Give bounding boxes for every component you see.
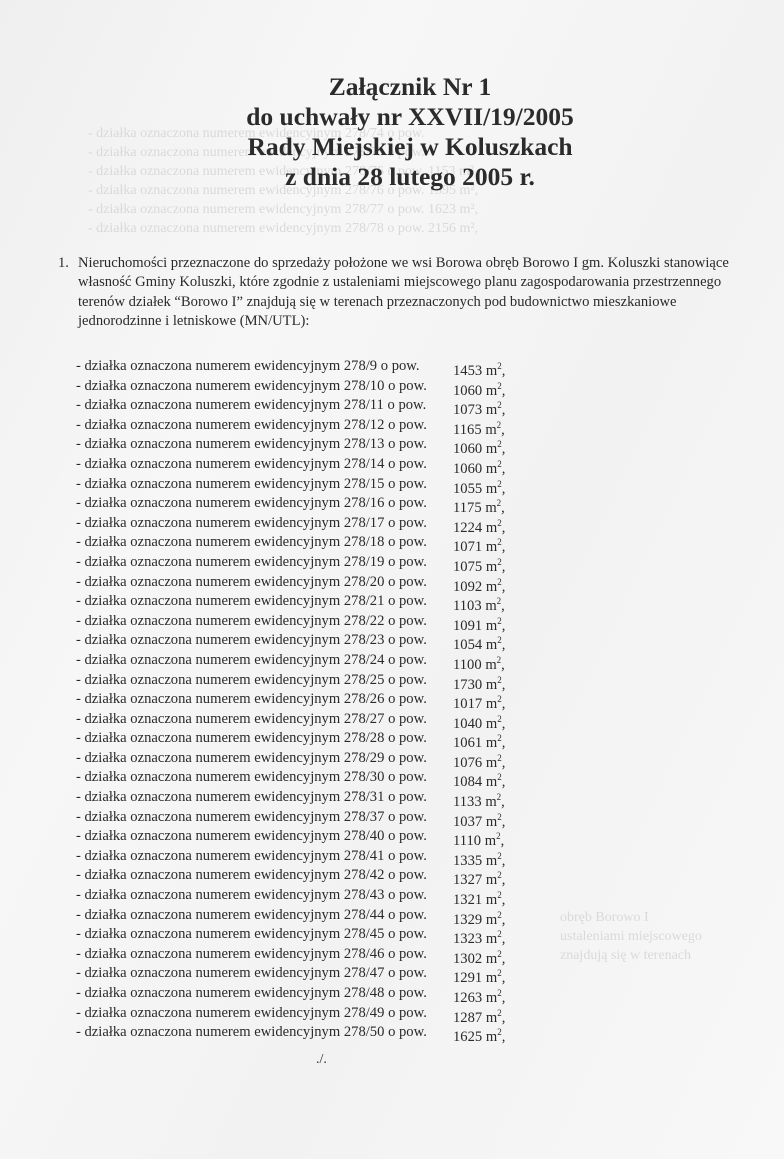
plot-description: - działka oznaczona numerem ewidencyjnym… — [76, 533, 451, 553]
plot-list-item: - działka oznaczona numerem ewidencyjnym… — [76, 671, 596, 691]
plot-list-item: - działka oznaczona numerem ewidencyjnym… — [76, 886, 596, 906]
plot-list-item: - działka oznaczona numerem ewidencyjnym… — [76, 847, 596, 867]
plot-description: - działka oznaczona numerem ewidencyjnym… — [76, 984, 451, 1004]
plot-area-label: o pow. — [388, 965, 427, 981]
plot-list-item: - działka oznaczona numerem ewidencyjnym… — [76, 690, 596, 710]
plot-prefix: - działka oznaczona numerem ewidencyjnym — [76, 867, 340, 883]
plot-list-item: - działka oznaczona numerem ewidencyjnym… — [76, 749, 596, 769]
plot-description: - działka oznaczona numerem ewidencyjnym… — [76, 553, 451, 573]
plot-id: 278/14 — [344, 456, 385, 472]
plot-area-label: o pow. — [388, 769, 427, 785]
plot-list-item: - działka oznaczona numerem ewidencyjnym… — [76, 435, 596, 455]
plot-area-unit-exponent: 2 — [497, 537, 502, 547]
plot-prefix: - działka oznaczona numerem ewidencyjnym — [76, 809, 340, 825]
plot-area-unit-exponent: 2 — [497, 870, 502, 880]
plot-list-item: - działka oznaczona numerem ewidencyjnym… — [76, 984, 596, 1004]
plot-area-value: 1625 — [453, 1029, 482, 1045]
plot-id: 278/43 — [344, 887, 385, 903]
plot-area-unit-exponent: 2 — [497, 635, 502, 645]
plot-id: 278/47 — [344, 965, 385, 981]
plot-description: - działka oznaczona numerem ewidencyjnym… — [76, 357, 451, 377]
plot-description: - działka oznaczona numerem ewidencyjnym… — [76, 729, 451, 749]
plot-area-label: o pow. — [388, 809, 427, 825]
plot-id: 278/49 — [344, 1005, 385, 1021]
plot-prefix: - działka oznaczona numerem ewidencyjnym — [76, 1005, 340, 1021]
plot-area-unit-exponent: 2 — [497, 557, 502, 567]
plot-area-unit-exponent: 2 — [497, 381, 502, 391]
plot-list-item: - działka oznaczona numerem ewidencyjnym… — [76, 768, 596, 788]
plot-area-unit-exponent: 2 — [497, 420, 502, 430]
plot-area-label: o pow. — [388, 887, 427, 903]
plot-description: - działka oznaczona numerem ewidencyjnym… — [76, 827, 451, 847]
plot-area-unit-exponent: 2 — [497, 1008, 502, 1018]
plot-id: 278/17 — [344, 515, 385, 531]
plot-prefix: - działka oznaczona numerem ewidencyjnym — [76, 887, 340, 903]
plot-description: - działka oznaczona numerem ewidencyjnym… — [76, 475, 451, 495]
plot-area-unit-exponent: 2 — [497, 988, 502, 998]
document-title: Załącznik Nr 1 do uchwały nr XXVII/19/20… — [0, 72, 784, 192]
plot-id: 278/42 — [344, 867, 385, 883]
plot-area-unit-exponent: 2 — [497, 968, 502, 978]
plot-area-unit-exponent: 2 — [497, 439, 502, 449]
plot-area-unit-exponent: 2 — [497, 733, 502, 743]
plot-prefix: - działka oznaczona numerem ewidencyjnym — [76, 750, 340, 766]
plot-id: 278/11 — [344, 397, 384, 413]
plot-prefix: - działka oznaczona numerem ewidencyjnym — [76, 436, 340, 452]
plot-description: - działka oznaczona numerem ewidencyjnym… — [76, 710, 451, 730]
plot-description: - działka oznaczona numerem ewidencyjnym… — [76, 1004, 451, 1024]
plot-description: - działka oznaczona numerem ewidencyjnym… — [76, 886, 451, 906]
plot-id: 278/48 — [344, 985, 385, 1001]
plot-list-item: - działka oznaczona numerem ewidencyjnym… — [76, 906, 596, 926]
plot-id: 278/31 — [344, 789, 385, 805]
plot-area-unit-exponent: 2 — [497, 400, 502, 410]
plot-area-label: o pow. — [388, 378, 427, 394]
plot-area: 1625 m2, — [453, 1023, 505, 1048]
plot-area-label: o pow. — [388, 867, 427, 883]
plot-prefix: - działka oznaczona numerem ewidencyjnym — [76, 652, 340, 668]
plot-area-label: o pow. — [388, 554, 427, 570]
plot-area-unit-exponent: 2 — [497, 890, 502, 900]
plot-id: 278/45 — [344, 926, 385, 942]
plot-id: 278/29 — [344, 750, 385, 766]
plot-area-label: o pow. — [388, 534, 427, 550]
plot-list-item: - działka oznaczona numerem ewidencyjnym… — [76, 514, 596, 534]
plot-area-unit-exponent: 2 — [497, 792, 502, 802]
plot-prefix: - działka oznaczona numerem ewidencyjnym — [76, 515, 340, 531]
plot-prefix: - działka oznaczona numerem ewidencyjnym — [76, 574, 340, 590]
plot-area-unit-exponent: 2 — [496, 831, 501, 841]
plot-prefix: - działka oznaczona numerem ewidencyjnym — [76, 946, 340, 962]
plot-list: - działka oznaczona numerem ewidencyjnym… — [76, 357, 596, 1043]
plot-area-label: o pow. — [388, 515, 427, 531]
title-line-resolution: do uchwały nr XXVII/19/2005 — [0, 102, 784, 132]
plot-area-label: o pow. — [388, 985, 427, 1001]
plot-area-label: o pow. — [388, 1005, 427, 1021]
plot-prefix: - działka oznaczona numerem ewidencyjnym — [76, 828, 340, 844]
plot-area-label: o pow. — [388, 456, 427, 472]
plot-list-item: - działka oznaczona numerem ewidencyjnym… — [76, 553, 596, 573]
plot-description: - działka oznaczona numerem ewidencyjnym… — [76, 671, 451, 691]
plot-description: - działka oznaczona numerem ewidencyjnym… — [76, 906, 451, 926]
plot-id: 278/27 — [344, 711, 385, 727]
plot-description: - działka oznaczona numerem ewidencyjnym… — [76, 592, 451, 612]
plot-description: - działka oznaczona numerem ewidencyjnym… — [76, 455, 451, 475]
plot-area-unit-exponent: 2 — [497, 675, 502, 685]
plot-list-item: - działka oznaczona numerem ewidencyjnym… — [76, 533, 596, 553]
plot-area-label: o pow. — [388, 495, 427, 511]
section-number: 1. — [58, 254, 69, 273]
plot-id: 278/12 — [344, 417, 385, 433]
plot-area-unit-exponent: 2 — [497, 1027, 502, 1037]
plot-area-unit-exponent: 2 — [497, 753, 502, 763]
plot-list-item: - działka oznaczona numerem ewidencyjnym… — [76, 1023, 596, 1043]
plot-description: - działka oznaczona numerem ewidencyjnym… — [76, 866, 451, 886]
plot-prefix: - działka oznaczona numerem ewidencyjnym — [76, 495, 340, 511]
plot-area-label: o pow. — [388, 750, 427, 766]
plot-area-label: o pow. — [388, 711, 427, 727]
plot-prefix: - działka oznaczona numerem ewidencyjnym — [76, 456, 340, 472]
plot-prefix: - działka oznaczona numerem ewidencyjnym — [76, 554, 340, 570]
plot-area-unit-exponent: 2 — [497, 929, 502, 939]
plot-prefix: - działka oznaczona numerem ewidencyjnym — [76, 476, 340, 492]
plot-id: 278/22 — [344, 613, 385, 629]
plot-description: - działka oznaczona numerem ewidencyjnym… — [76, 1023, 451, 1043]
plot-list-item: - działka oznaczona numerem ewidencyjnym… — [76, 788, 596, 808]
plot-description: - działka oznaczona numerem ewidencyjnym… — [76, 416, 451, 436]
plot-area-unit-exponent: 2 — [497, 577, 502, 587]
plot-prefix: - działka oznaczona numerem ewidencyjnym — [76, 378, 340, 394]
plot-description: - działka oznaczona numerem ewidencyjnym… — [76, 964, 451, 984]
plot-area-unit-exponent: 2 — [497, 851, 502, 861]
plot-list-item: - działka oznaczona numerem ewidencyjnym… — [76, 925, 596, 945]
section-text: Nieruchomości przeznaczone do sprzedaży … — [78, 254, 758, 332]
plot-prefix: - działka oznaczona numerem ewidencyjnym — [76, 672, 340, 688]
plot-area-label: o pow. — [381, 358, 420, 374]
plot-id: 278/37 — [344, 809, 385, 825]
plot-area-unit-exponent: 2 — [497, 694, 502, 704]
plot-area-unit-exponent: 2 — [497, 479, 502, 489]
plot-id: 278/13 — [344, 436, 385, 452]
plot-list-item: - działka oznaczona numerem ewidencyjnym… — [76, 455, 596, 475]
plot-id: 278/16 — [344, 495, 385, 511]
plot-description: - działka oznaczona numerem ewidencyjnym… — [76, 651, 451, 671]
plot-prefix: - działka oznaczona numerem ewidencyjnym — [76, 593, 340, 609]
plot-area-label: o pow. — [388, 730, 427, 746]
plot-description: - działka oznaczona numerem ewidencyjnym… — [76, 573, 451, 593]
plot-prefix: - działka oznaczona numerem ewidencyjnym — [76, 985, 340, 1001]
plot-id: 278/15 — [344, 476, 385, 492]
plot-area-label: o pow. — [388, 397, 427, 413]
plot-area-unit-exponent: 2 — [497, 361, 502, 371]
plot-prefix: - działka oznaczona numerem ewidencyjnym — [76, 907, 340, 923]
plot-id: 278/50 — [344, 1024, 385, 1040]
plot-area-label: o pow. — [388, 828, 427, 844]
plot-prefix: - działka oznaczona numerem ewidencyjnym — [76, 397, 340, 413]
plot-area-label: o pow. — [388, 652, 427, 668]
plot-area-label: o pow. — [388, 946, 427, 962]
plot-prefix: - działka oznaczona numerem ewidencyjnym — [76, 534, 340, 550]
plot-list-item: - działka oznaczona numerem ewidencyjnym… — [76, 592, 596, 612]
plot-area-unit-exponent: 2 — [497, 714, 502, 724]
bleed-line: - działka oznaczona numerem ewidencyjnym… — [88, 219, 478, 238]
plot-description: - działka oznaczona numerem ewidencyjnym… — [76, 925, 451, 945]
plot-list-item: - działka oznaczona numerem ewidencyjnym… — [76, 651, 596, 671]
plot-area-unit-exponent: 2 — [497, 518, 502, 528]
plot-area-label: o pow. — [388, 1024, 427, 1040]
plot-id: 278/20 — [344, 574, 385, 590]
plot-list-item: - działka oznaczona numerem ewidencyjnym… — [76, 573, 596, 593]
plot-description: - działka oznaczona numerem ewidencyjnym… — [76, 514, 451, 534]
plot-description: - działka oznaczona numerem ewidencyjnym… — [76, 396, 451, 416]
plot-prefix: - działka oznaczona numerem ewidencyjnym — [76, 632, 340, 648]
plot-description: - działka oznaczona numerem ewidencyjnym… — [76, 377, 451, 397]
plot-id: 278/23 — [344, 632, 385, 648]
plot-description: - działka oznaczona numerem ewidencyjnym… — [76, 631, 451, 651]
plot-description: - działka oznaczona numerem ewidencyjnym… — [76, 494, 451, 514]
plot-prefix: - działka oznaczona numerem ewidencyjnym — [76, 613, 340, 629]
plot-list-item: - działka oznaczona numerem ewidencyjnym… — [76, 866, 596, 886]
plot-area-label: o pow. — [388, 436, 427, 452]
plot-prefix: - działka oznaczona numerem ewidencyjnym — [76, 926, 340, 942]
plot-id: 278/26 — [344, 691, 385, 707]
plot-id: 278/9 — [344, 358, 377, 374]
plot-id: 278/10 — [344, 378, 385, 394]
title-line-attachment: Załącznik Nr 1 — [0, 72, 784, 102]
plot-prefix: - działka oznaczona numerem ewidencyjnym — [76, 769, 340, 785]
plot-prefix: - działka oznaczona numerem ewidencyjnym — [76, 691, 340, 707]
plot-prefix: - działka oznaczona numerem ewidencyjnym — [76, 358, 340, 374]
plot-list-item: - działka oznaczona numerem ewidencyjnym… — [76, 357, 596, 377]
section-paragraph: 1. Nieruchomości przeznaczone do sprzeda… — [58, 254, 758, 332]
plot-list-item: - działka oznaczona numerem ewidencyjnym… — [76, 964, 596, 984]
plot-id: 278/30 — [344, 769, 385, 785]
plot-list-item: - działka oznaczona numerem ewidencyjnym… — [76, 808, 596, 828]
plot-area-unit-exponent: 2 — [497, 772, 502, 782]
plot-area-unit-exponent: 2 — [497, 459, 502, 469]
continuation-mark: ./. — [316, 1052, 327, 1068]
title-line-date: z dnia 28 lutego 2005 r. — [0, 162, 784, 192]
plot-area-unit-exponent: 2 — [497, 949, 502, 959]
plot-area-label: o pow. — [388, 691, 427, 707]
plot-prefix: - działka oznaczona numerem ewidencyjnym — [76, 789, 340, 805]
plot-id: 278/25 — [344, 672, 385, 688]
plot-area-unit-exponent: 2 — [497, 812, 502, 822]
plot-id: 278/21 — [344, 593, 385, 609]
plot-area-unit: m — [486, 1029, 497, 1045]
plot-area-label: o pow. — [388, 789, 427, 805]
plot-area-label: o pow. — [388, 613, 427, 629]
plot-description: - działka oznaczona numerem ewidencyjnym… — [76, 788, 451, 808]
plot-area-unit-exponent: 2 — [497, 655, 502, 665]
plot-id: 278/28 — [344, 730, 385, 746]
plot-id: 278/41 — [344, 848, 385, 864]
plot-area-label: o pow. — [388, 907, 427, 923]
plot-id: 278/40 — [344, 828, 385, 844]
plot-list-item: - działka oznaczona numerem ewidencyjnym… — [76, 1004, 596, 1024]
plot-area-label: o pow. — [388, 476, 427, 492]
plot-area-unit-exponent: 2 — [497, 910, 502, 920]
plot-description: - działka oznaczona numerem ewidencyjnym… — [76, 749, 451, 769]
plot-description: - działka oznaczona numerem ewidencyjnym… — [76, 847, 451, 867]
plot-list-item: - działka oznaczona numerem ewidencyjnym… — [76, 612, 596, 632]
plot-list-item: - działka oznaczona numerem ewidencyjnym… — [76, 494, 596, 514]
plot-list-item: - działka oznaczona numerem ewidencyjnym… — [76, 377, 596, 397]
plot-list-item: - działka oznaczona numerem ewidencyjnym… — [76, 945, 596, 965]
plot-description: - działka oznaczona numerem ewidencyjnym… — [76, 612, 451, 632]
plot-list-item: - działka oznaczona numerem ewidencyjnym… — [76, 710, 596, 730]
plot-list-item: - działka oznaczona numerem ewidencyjnym… — [76, 631, 596, 651]
plot-id: 278/24 — [344, 652, 385, 668]
plot-area-unit-exponent: 2 — [497, 498, 502, 508]
plot-list-item: - działka oznaczona numerem ewidencyjnym… — [76, 827, 596, 847]
plot-prefix: - działka oznaczona numerem ewidencyjnym — [76, 1024, 340, 1040]
plot-area-label: o pow. — [388, 574, 427, 590]
plot-area-label: o pow. — [388, 593, 427, 609]
plot-description: - działka oznaczona numerem ewidencyjnym… — [76, 808, 451, 828]
plot-area-label: o pow. — [388, 672, 427, 688]
plot-area-label: o pow. — [388, 848, 427, 864]
plot-id: 278/19 — [344, 554, 385, 570]
plot-list-item: - działka oznaczona numerem ewidencyjnym… — [76, 475, 596, 495]
plot-prefix: - działka oznaczona numerem ewidencyjnym — [76, 965, 340, 981]
plot-area-label: o pow. — [388, 926, 427, 942]
title-line-council: Rady Miejskiej w Koluszkach — [0, 132, 784, 162]
plot-area-unit-exponent: 2 — [497, 616, 502, 626]
plot-area-unit-exponent: 2 — [497, 596, 502, 606]
plot-id: 278/44 — [344, 907, 385, 923]
plot-prefix: - działka oznaczona numerem ewidencyjnym — [76, 848, 340, 864]
plot-prefix: - działka oznaczona numerem ewidencyjnym — [76, 711, 340, 727]
plot-area-label: o pow. — [388, 632, 427, 648]
plot-description: - działka oznaczona numerem ewidencyjnym… — [76, 435, 451, 455]
plot-id: 278/46 — [344, 946, 385, 962]
plot-prefix: - działka oznaczona numerem ewidencyjnym — [76, 417, 340, 433]
bleed-line: - działka oznaczona numerem ewidencyjnym… — [88, 200, 478, 219]
plot-list-item: - działka oznaczona numerem ewidencyjnym… — [76, 729, 596, 749]
plot-prefix: - działka oznaczona numerem ewidencyjnym — [76, 730, 340, 746]
plot-description: - działka oznaczona numerem ewidencyjnym… — [76, 690, 451, 710]
plot-list-item: - działka oznaczona numerem ewidencyjnym… — [76, 416, 596, 436]
plot-description: - działka oznaczona numerem ewidencyjnym… — [76, 768, 451, 788]
plot-description: - działka oznaczona numerem ewidencyjnym… — [76, 945, 451, 965]
plot-list-item: - działka oznaczona numerem ewidencyjnym… — [76, 396, 596, 416]
plot-area-label: o pow. — [388, 417, 427, 433]
plot-id: 278/18 — [344, 534, 385, 550]
